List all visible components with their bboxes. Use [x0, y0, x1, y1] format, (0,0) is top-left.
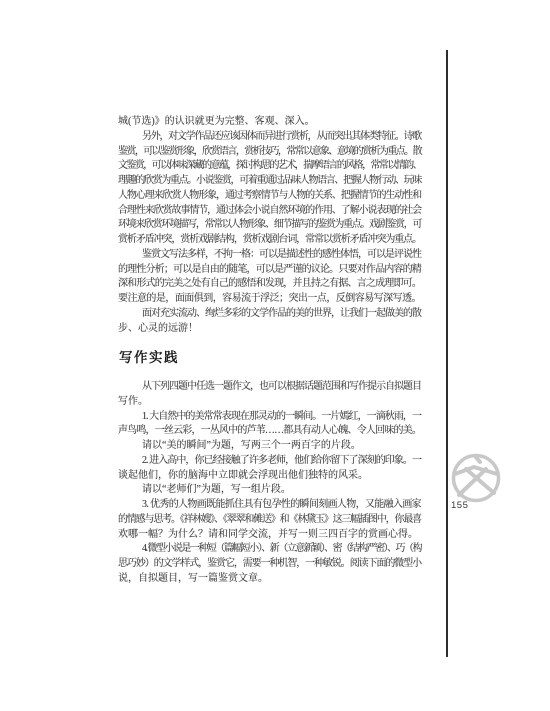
text-line: 欢哪一幅？为什么？请和同学交流，并写一则三四百字的赏画心得。 [118, 528, 421, 543]
text-line: 深和形式的完美之处有自己的感悟和发现，并且持之有据、言之成理即可。 [118, 277, 421, 292]
page-number: 155 [451, 500, 468, 511]
text-line: 理趣的欣赏为重点。小说鉴赏，可着重通过品味人物语言、把握人物行动、玩味 [118, 174, 421, 189]
writing-practice-block: 从下列四题中任选一题作文，也可以根据话题范围和写作提示自拟题目写作。1. 大自然… [118, 380, 421, 587]
text-line: 请以“老师们”为题，写一组片段。 [118, 483, 421, 498]
text-line: 鉴赏文写法多样，不拘一格：可以是描述性的感性体悟，可以是评说性 [118, 248, 421, 263]
text-line: 人物心理来欣赏人物形象，通过考察情节与人物的关系、把握情节的生动性和 [118, 189, 421, 204]
text-line: 的理性分析；可以是自由的随笔，可以是严谨的议论。只要对作品内容的精 [118, 263, 421, 278]
chinese-textbook-logo-icon [450, 452, 502, 504]
text-line: 声鸟鸣，一丝云彩，一丛风中的芦苇……都具有动人心魄、令人回味的美。 [118, 424, 421, 439]
appreciation-text-block: 城(节选)》的认识就更为完整、客观、深入。另外，对文学作品还应该因体而异进行赏析… [118, 115, 421, 336]
book-page: 城(节选)》的认识就更为完整、客观、深入。另外，对文学作品还应该因体而异进行赏析… [0, 0, 550, 711]
text-line: 环境来欣赏环境描写，常常以人物形象、细节描写的鉴赏为重点。戏剧鉴赏，可 [118, 218, 421, 233]
text-line: 3. 优秀的人物画既能抓住具有包孕性的瞬间刻画人物，又能融入画家 [118, 498, 421, 513]
text-line: 赏析矛盾冲突，赏析戏剧结构，赏析戏剧台词，常常以赏析矛盾冲突为重点。 [118, 233, 421, 248]
text-line: 步、心灵的远游！ [118, 322, 421, 337]
text-line: 2. 进入高中，你已经接触了许多老师，他们给你留下了深刻的印象。一 [118, 454, 421, 469]
text-line: 文鉴赏，可以体味深藏的意蕴，探讨构思的艺术，揣摩语言的风格，常常以情韵、 [118, 159, 421, 174]
text-line: 要注意的是，面面俱到，容易流于浮泛；突出一点，反倒容易写深写透。 [118, 292, 421, 307]
text-line: 的情感与思考。《祥林嫂》、《翠翠和傩送》和《林黛玉》这三幅插图中，你最喜 [118, 513, 421, 528]
page-edge-line [446, 50, 448, 657]
text-line: 从下列四题中任选一题作文，也可以根据话题范围和写作提示自拟题目 [118, 380, 421, 395]
text-line: 谈起他们，你的脑海中立即就会浮现出他们独特的风采。 [118, 469, 421, 484]
text-line: 说，自拟题目，写一篇鉴赏文章。 [118, 572, 421, 587]
text-line: 思巧妙）的文学样式，鉴赏它，需要一种机智，一种敏锐。阅读下面的微型小 [118, 557, 421, 572]
text-line: 面对充实流动、绚烂多彩的文学作品的美的世界，让我们一起做美的散 [118, 307, 421, 322]
text-line: 请以“美的瞬间”为题，写两三个一两百字的片段。 [118, 439, 421, 454]
text-line: 城(节选)》的认识就更为完整、客观、深入。 [118, 115, 421, 130]
text-line: 4. 微型小说是一种短（篇幅短小）、新（立意新颖）、密（结构严密）、巧（构 [118, 542, 421, 557]
text-line: 鉴赏，可以鉴赏形象，欣赏语言，赏析技巧，常常以意象、意境的赏析为重点。散 [118, 145, 421, 160]
text-line: 合理性来欣赏故事情节，通过体会小说自然环境的作用、了解小说表现的社会 [118, 204, 421, 219]
section-heading: 写作实践 [119, 346, 179, 366]
text-line: 另外，对文学作品还应该因体而异进行赏析，从而突出其体类特征。诗歌 [118, 130, 421, 145]
text-line: 写作。 [118, 395, 421, 410]
text-line: 1. 大自然中的美常常表现在那灵动的一瞬间。一片嫣红，一滴秋雨，一 [118, 410, 421, 425]
